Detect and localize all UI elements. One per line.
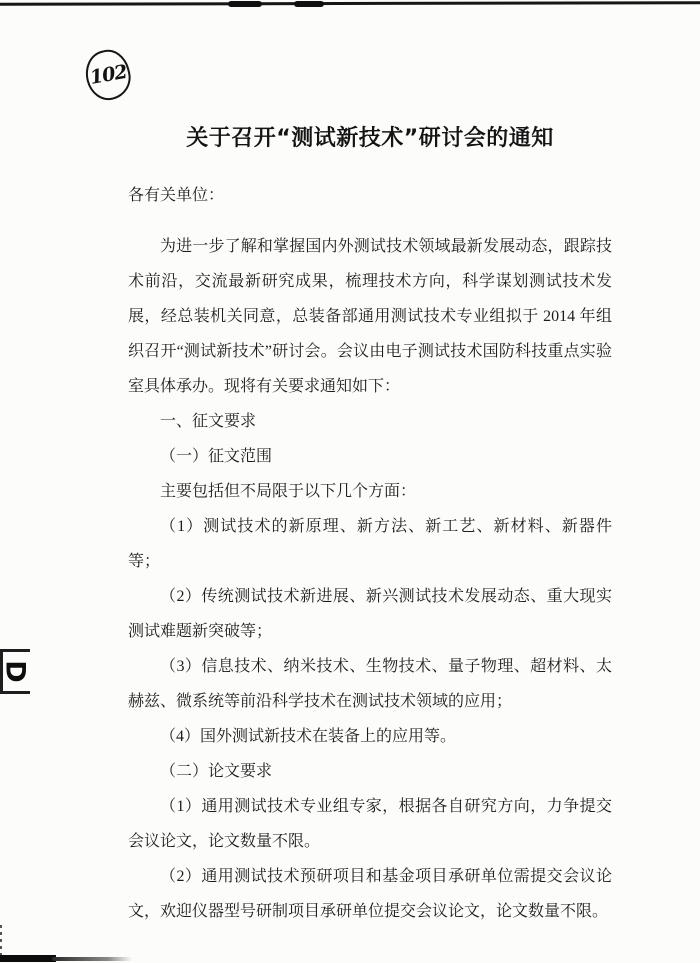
- salutation: 各有关单位：: [128, 178, 612, 213]
- paragraph: 一、征文要求: [128, 404, 612, 439]
- paragraph: （一）征文范围: [128, 439, 612, 474]
- scan-bottom-smear: [52, 957, 132, 961]
- paragraph: （2）传统测试技术新进展、新兴测试技术发展动态、重大现实测试难题新突破等；: [128, 579, 612, 649]
- paragraph: （二）论文要求: [128, 754, 612, 789]
- paragraph-list: 为进一步了解和掌握国内外测试技术领域最新发展动态，跟踪技术前沿，交流最新研究成果…: [128, 229, 612, 929]
- paragraph: （3）信息技术、纳米技术、生物技术、量子物理、超材料、太赫兹、微系统等前沿科学技…: [128, 649, 612, 719]
- scan-noise-speckles: [0, 0, 2, 2]
- scan-noise-speck-line: [0, 925, 2, 955]
- edge-mark-letter: D: [2, 660, 29, 682]
- scanned-page: 102 D 关于召开“测试新技术”研讨会的通知 各有关单位： 为进一步了解和掌握…: [0, 0, 700, 963]
- paragraph: （1）测试技术的新原理、新方法、新工艺、新材料、新器件等；: [128, 509, 612, 579]
- paragraph: （1）通用测试技术专业组专家，根据各自研究方向，力争提交会议论文，论文数量不限。: [128, 789, 612, 859]
- paragraph: （4）国外测试新技术在装备上的应用等。: [128, 719, 612, 754]
- paragraph: 主要包括但不局限于以下几个方面：: [128, 474, 612, 509]
- document-title: 关于召开“测试新技术”研讨会的通知: [128, 122, 612, 156]
- paragraph: 为进一步了解和掌握国内外测试技术领域最新发展动态，跟踪技术前沿，交流最新研究成果…: [128, 229, 612, 404]
- page-edge-registration-mark: D: [0, 649, 30, 694]
- scan-bottom-corner-mark: [0, 955, 56, 962]
- document-body: 关于召开“测试新技术”研讨会的通知 各有关单位： 为进一步了解和掌握国内外测试技…: [128, 0, 612, 929]
- page-number-text: 102: [88, 61, 128, 89]
- paragraph: （2）通用测试技术预研项目和基金项目承研单位需提交会议论文，欢迎仪器型号研制项目…: [128, 859, 612, 929]
